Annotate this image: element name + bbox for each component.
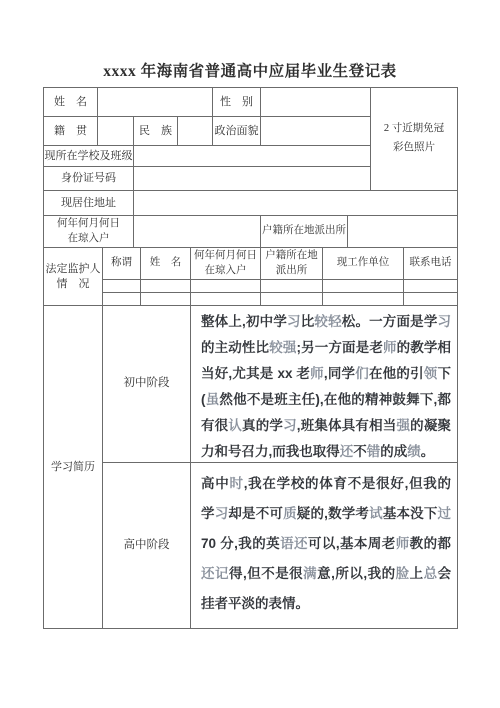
junior-stage-text: 整体上,初中学习比较轻松。一方面是学习的主动性比较强;另一方面是老师的教学相当好… [190,305,457,462]
junior-stage-label: 初中阶段 [102,305,190,462]
guardian-row1-relation-cell [102,279,140,292]
guardian-row1-station-cell [260,279,322,292]
form-title: xxxx 年海南省普通高中应届毕业生登记表 [0,59,500,81]
police-station-value-cell [347,215,457,247]
school-class-label: 现所在学校及班级 [43,145,133,166]
gender-value-cell [260,87,370,116]
police-station-label: 户籍所在地派出所 [260,215,347,247]
guardian-row1-workplace-cell [322,279,403,292]
guardian-col-police-station: 户籍所在地 派出所 [260,247,322,279]
guardian-row1-settle-cell [190,279,260,292]
photo-placeholder: 2 寸近期免冠 彩色照片 [370,87,457,190]
guardian-row2-workplace-cell [322,292,403,305]
study-history-section-label: 学习简历 [43,305,102,628]
guardian-row2-name-cell [140,292,190,305]
political-status-label: 政治面貌 [212,116,260,145]
address-label: 现居住地址 [43,190,133,215]
settle-date-label: 何年何月何日 在琼入户 [43,215,133,247]
guardian-row1-phone-cell [403,279,457,292]
guardian-row2-settle-cell [190,292,260,305]
address-value-cell [133,190,457,215]
senior-stage-text: 高中时,我在学校的体育不是很好,但我的学习却是不可质疑的,数学考试基本没下过 7… [190,462,457,628]
id-number-value-cell [133,166,370,190]
guardian-col-name: 姓 名 [140,247,190,279]
settle-date-value-cell [133,215,260,247]
registration-form-table: 姓 名 性 别 2 寸近期免冠 彩色照片 籍 贯 民 族 政治面貌 现所在学校及… [43,87,458,629]
senior-stage-label: 高中阶段 [102,462,190,628]
guardian-row2-relation-cell [102,292,140,305]
gender-label: 性 别 [212,87,260,116]
native-place-value-cell [97,116,133,145]
name-value-cell [97,87,212,116]
guardian-col-relation: 称谓 [102,247,140,279]
guardian-section-label: 法定监护人 情 况 [43,247,102,305]
political-status-value-cell [260,116,370,145]
school-class-value-cell [133,145,370,166]
native-place-label: 籍 贯 [43,116,97,145]
id-number-label: 身份证号码 [43,166,133,190]
guardian-col-phone: 联系电话 [403,247,457,279]
guardian-row2-phone-cell [403,292,457,305]
ethnicity-label: 民 族 [133,116,177,145]
name-label: 姓 名 [43,87,97,116]
ethnicity-value-cell [177,116,212,145]
guardian-col-settle-date: 何年何月何日 在琼入户 [190,247,260,279]
guardian-row1-name-cell [140,279,190,292]
guardian-row2-station-cell [260,292,322,305]
guardian-col-workplace: 现工作单位 [322,247,403,279]
